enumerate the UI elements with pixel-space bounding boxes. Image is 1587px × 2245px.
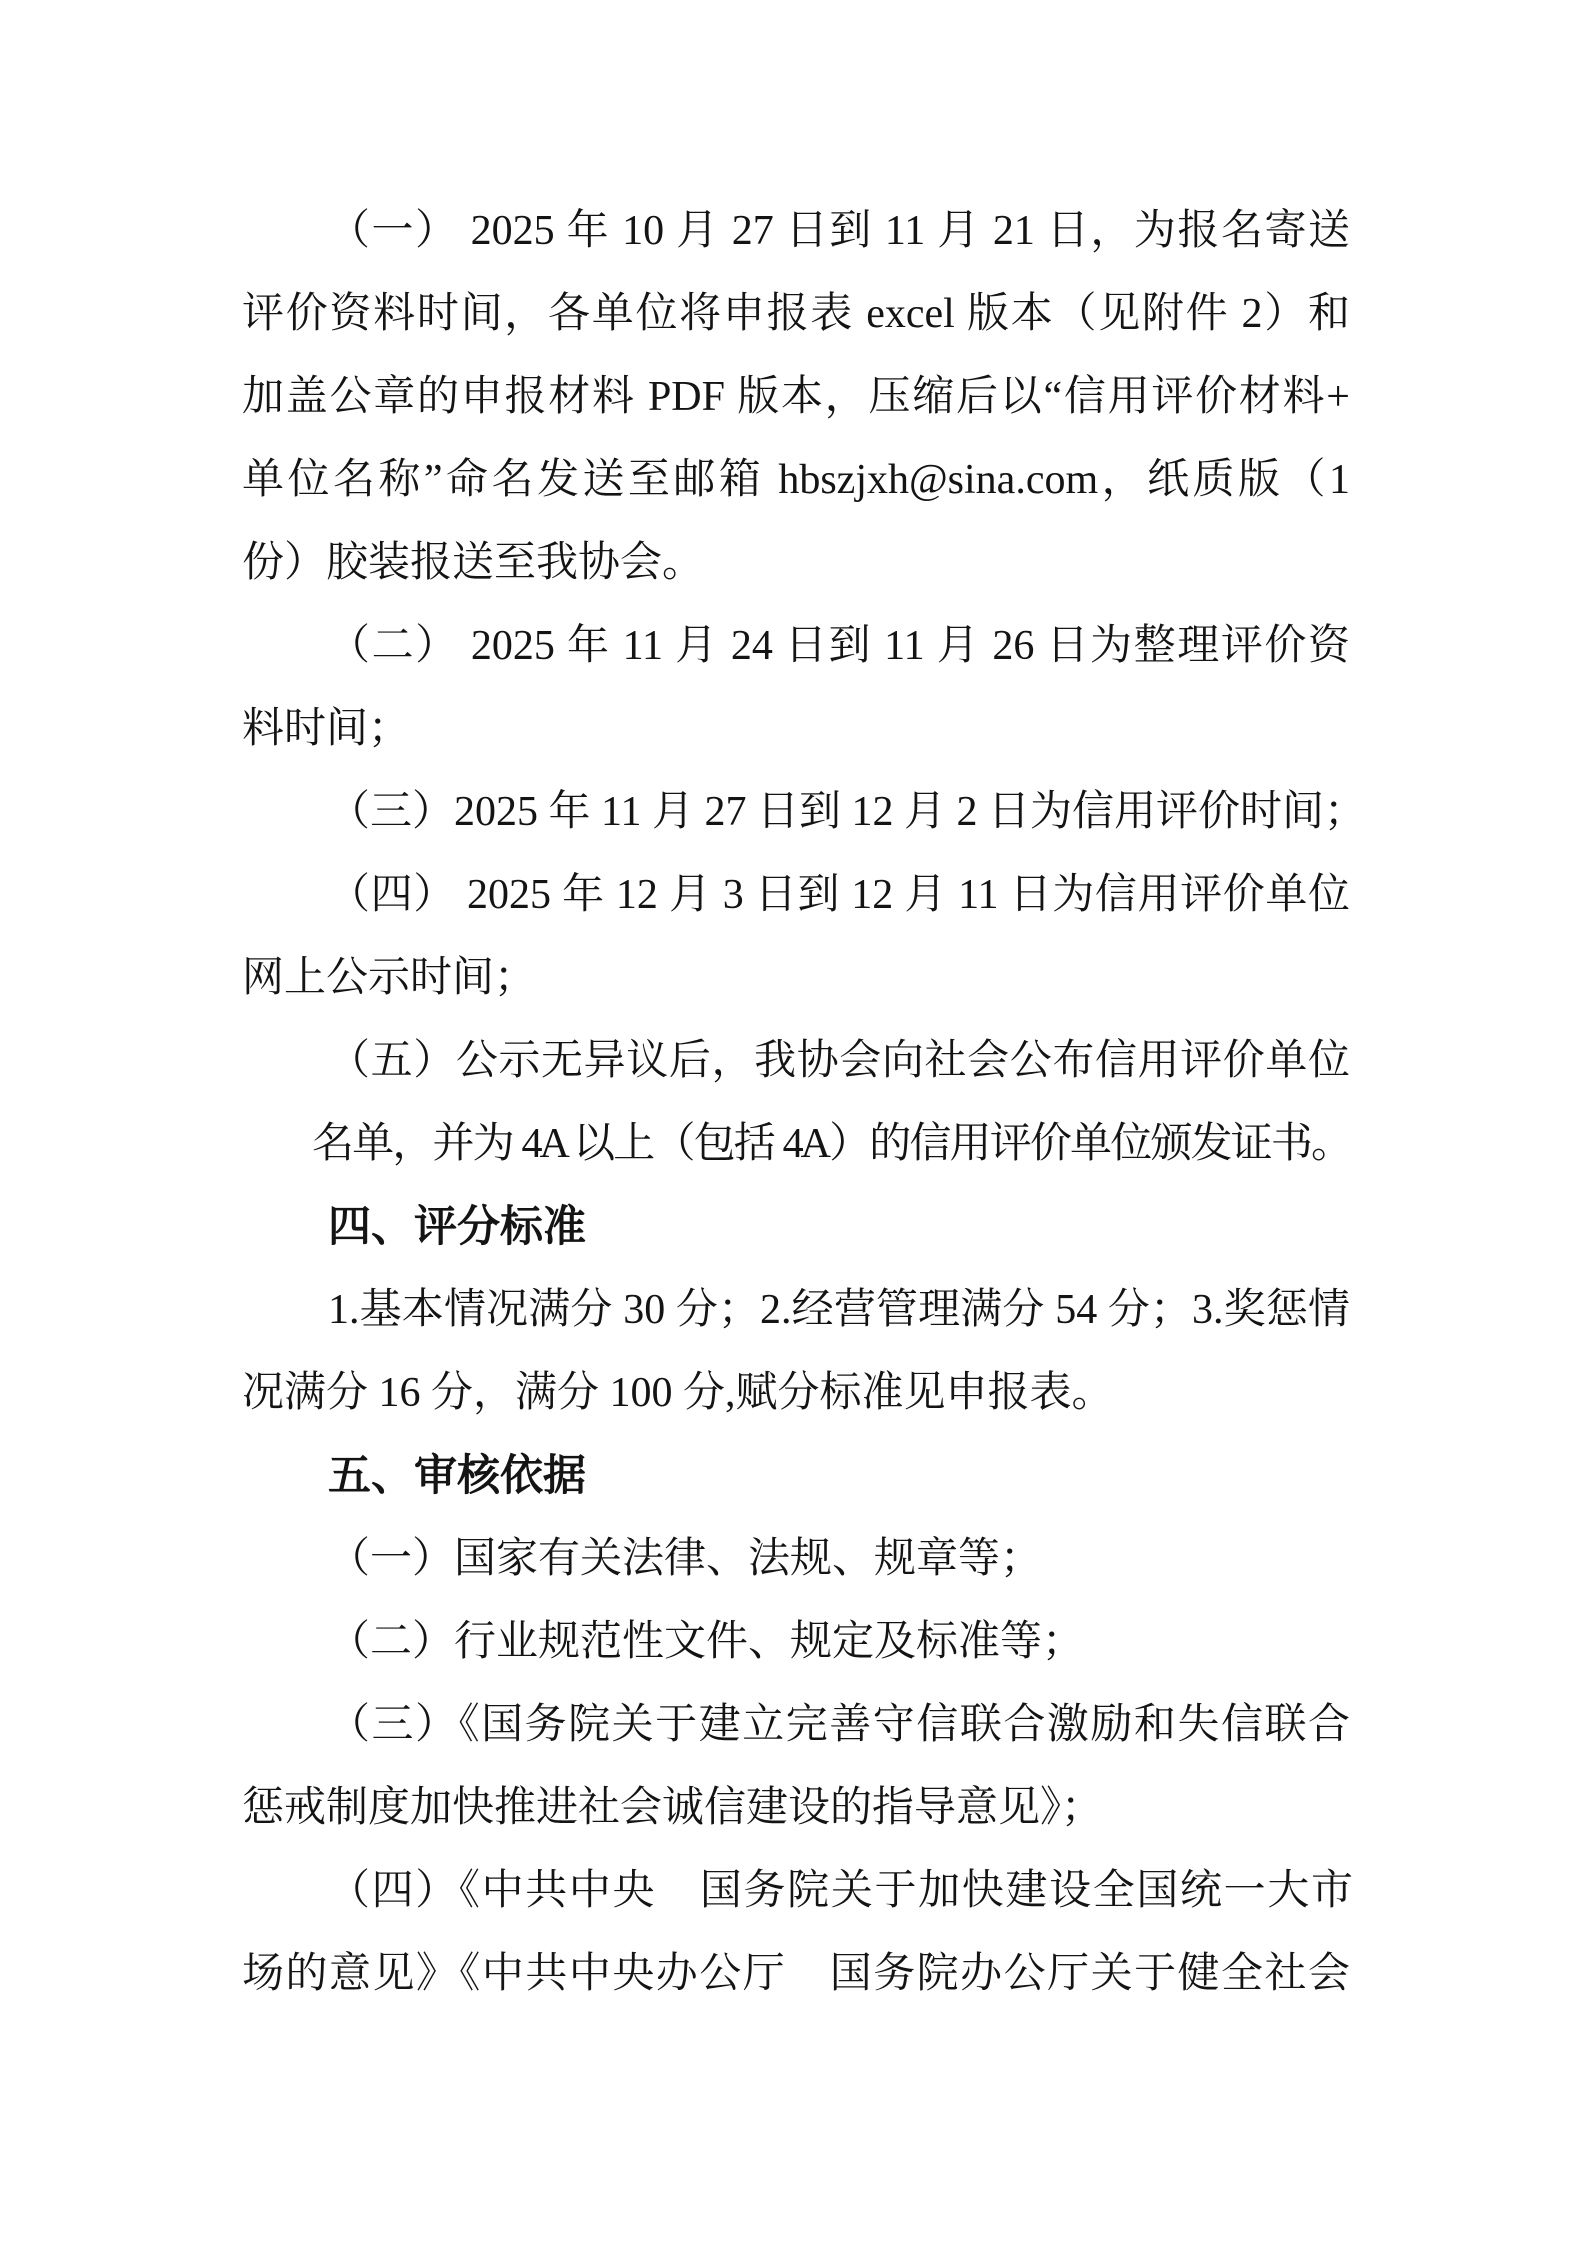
item-1-line-5: 份）胶装报送至我协会。	[242, 522, 1350, 605]
item-3-line-1: （三）2025 年 11 月 27 日到 12 月 2 日为信用评价时间；	[242, 771, 1350, 854]
item-5-line-1: （五）公示无异议后，我协会向社会公布信用评价单位	[242, 1020, 1350, 1103]
item-2-line-2: 料时间；	[242, 688, 1350, 771]
item-2-line-1: （二） 2025 年 11 月 24 日到 11 月 26 日为整理评价资	[242, 605, 1350, 688]
item-1-line-1: （一） 2025 年 10 月 27 日到 11 月 21 日，为报名寄送	[242, 190, 1350, 273]
item-4-line-2: 网上公示时间；	[242, 937, 1350, 1020]
basis-item-1: （一）国家有关法律、法规、规章等；	[242, 1518, 1350, 1601]
item-1-line-2: 评价资料时间，各单位将申报表 excel 版本（见附件 2）和	[242, 273, 1350, 356]
scoring-line-2: 况满分 16 分，满分 100 分,赋分标准见申报表。	[242, 1352, 1350, 1435]
section-heading-basis: 五、审核依据	[242, 1435, 1350, 1518]
item-5-line-2: 名单，并为 4A 以上（包括 4A）的信用评价单位颁发证书。	[242, 1103, 1350, 1186]
basis-item-3-line-1: （三）《国务院关于建立完善守信联合激励和失信联合	[242, 1684, 1350, 1767]
item-1-line-4: 单位名称”命名发送至邮箱 hbszjxh@sina.com，纸质版（1	[242, 439, 1350, 522]
section-heading-scoring: 四、评分标准	[242, 1186, 1350, 1269]
basis-item-3-line-2: 惩戒制度加快推进社会诚信建设的指导意见》；	[242, 1767, 1350, 1850]
basis-item-4-line-2: 场的意见》《中共中央办公厅 国务院办公厅关于健全社会	[242, 1933, 1350, 2016]
basis-item-2: （二）行业规范性文件、规定及标准等；	[242, 1601, 1350, 1684]
document-page: （一） 2025 年 10 月 27 日到 11 月 21 日，为报名寄送 评价…	[0, 0, 1587, 2245]
basis-item-4-line-1: （四）《中共中央 国务院关于加快建设全国统一大市	[242, 1850, 1350, 1933]
item-1-line-3: 加盖公章的申报材料 PDF 版本，压缩后以“信用评价材料+	[242, 356, 1350, 439]
item-4-line-1: （四） 2025 年 12 月 3 日到 12 月 11 日为信用评价单位	[242, 854, 1350, 937]
scoring-line-1: 1.基本情况满分 30 分；2.经营管理满分 54 分；3.奖惩情	[242, 1269, 1350, 1352]
